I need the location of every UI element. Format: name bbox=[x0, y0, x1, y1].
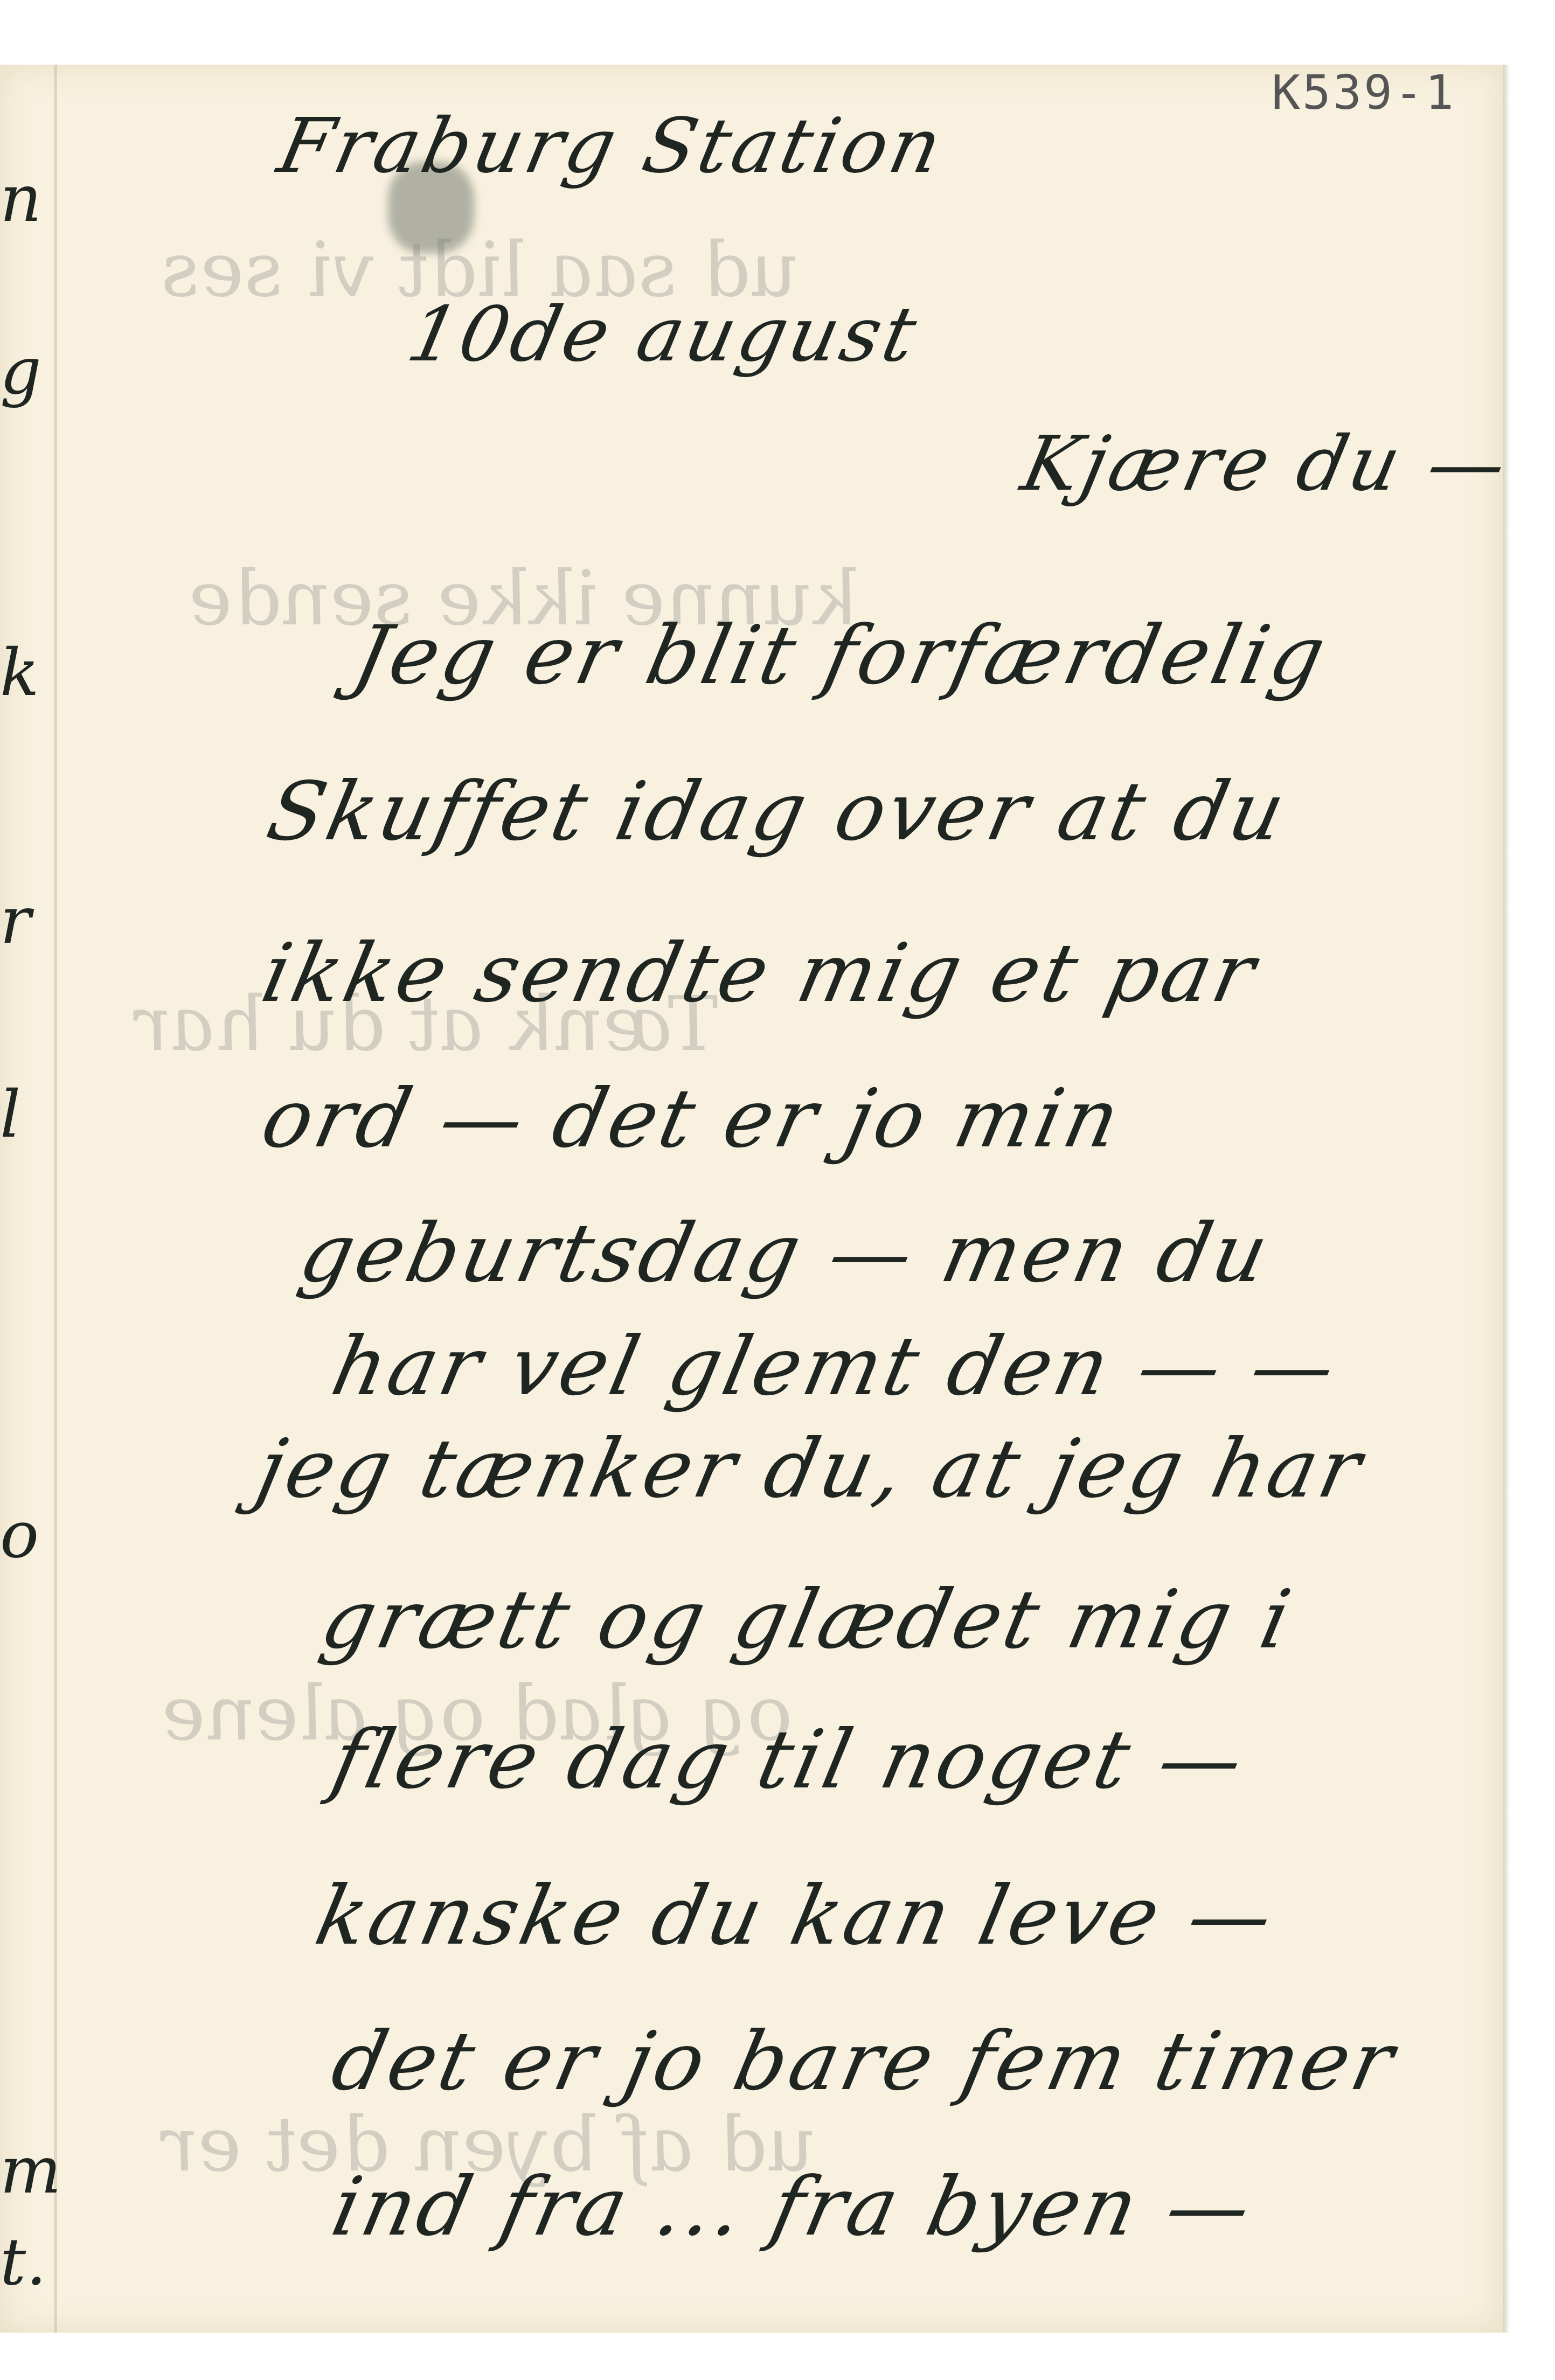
letter-line: Jeg er blit forfærdelig bbox=[346, 609, 1336, 702]
letter-place: Fraburg Station bbox=[271, 102, 952, 190]
margin-fragment: l bbox=[0, 1077, 20, 1152]
letter-line: har vel glemt den — — bbox=[324, 1320, 1346, 1414]
margin-fragment: g bbox=[0, 334, 41, 409]
margin-fragment: r bbox=[0, 883, 31, 958]
margin-fragment: k bbox=[0, 636, 39, 711]
letter-line: kanske du kan leve — bbox=[308, 1869, 1284, 1963]
letter-line: flere dag til noget — bbox=[324, 1713, 1254, 1807]
letter-line: jeg tænker du, at jeg har bbox=[249, 1422, 1372, 1516]
page-edge bbox=[1503, 65, 1510, 2333]
letter-line: ikke sendte mig et par bbox=[254, 927, 1266, 1020]
margin-fragment: o bbox=[0, 1498, 39, 1572]
letter-line: grætt og glædet mig i bbox=[314, 1573, 1302, 1667]
letter-page bbox=[0, 65, 1503, 2333]
margin-fragment: t. bbox=[0, 2225, 46, 2300]
page-fold-line bbox=[54, 65, 57, 2333]
catalog-number: K539-1 bbox=[1272, 65, 1456, 120]
letter-line: ord — det er jo min bbox=[254, 1072, 1131, 1166]
letter-line: Skuffet idag over at du bbox=[260, 765, 1296, 859]
letter-date: 10de august bbox=[400, 291, 927, 379]
letter-line: ind fra ... fra byen — bbox=[324, 2160, 1262, 2254]
letter-salutation: Kjære du — bbox=[1015, 420, 1517, 508]
letter-line: geburtsdag — men du bbox=[292, 1207, 1279, 1300]
letter-line: det er jo bare fem timer bbox=[324, 2015, 1405, 2108]
margin-fragment: m bbox=[0, 2133, 61, 2208]
margin-fragment: n bbox=[0, 162, 41, 236]
